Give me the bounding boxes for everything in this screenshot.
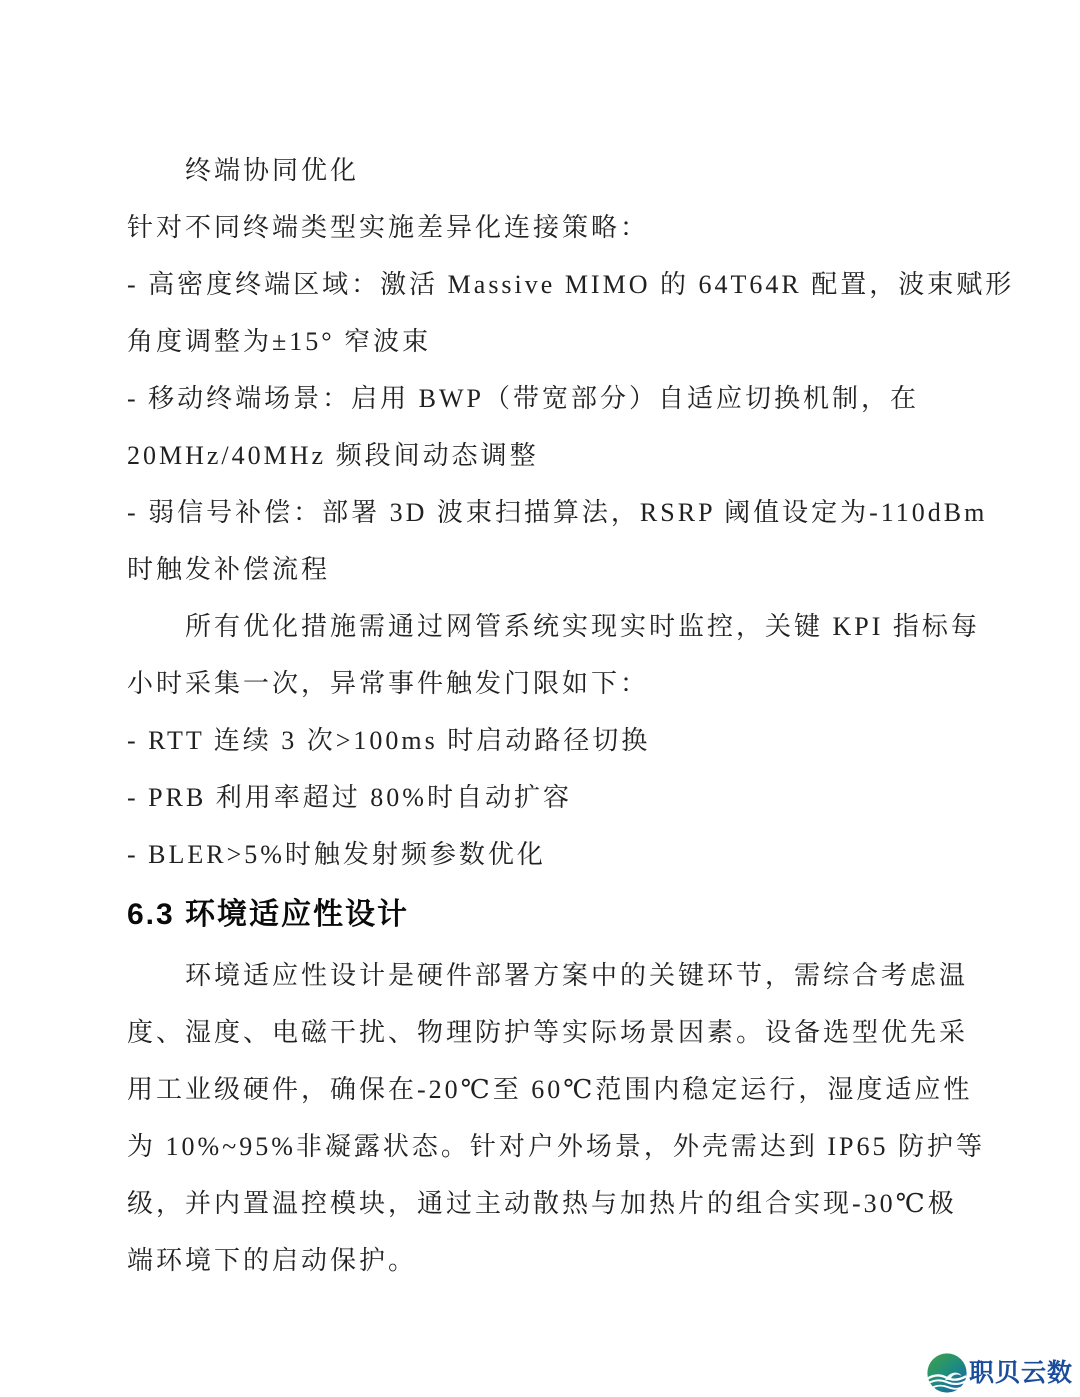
brand-logo: 职贝云数: [926, 1352, 1073, 1394]
wave-globe-icon: [926, 1352, 968, 1394]
paragraph-line: 针对不同终端类型实施差异化连接策略：: [127, 199, 967, 256]
document-page: 终端协同优化 针对不同终端类型实施差异化连接策略： - 高密度终端区域：激活 M…: [0, 0, 1080, 1397]
paragraph-line: 小时采集一次，异常事件触发门限如下：: [127, 655, 967, 712]
paragraph-line: 所有优化措施需通过网管系统实现实时监控，关键 KPI 指标每: [127, 598, 967, 655]
section-heading: 6.3 环境适应性设计: [127, 883, 967, 947]
paragraph-line: 终端协同优化: [127, 142, 967, 199]
bullet-line: - RTT 连续 3 次>100ms 时启动路径切换: [127, 712, 967, 769]
paragraph-line: 端环境下的启动保护。: [127, 1232, 967, 1289]
paragraph-line: 角度调整为±15° 窄波束: [127, 313, 967, 370]
bullet-line: - 弱信号补偿：部署 3D 波束扫描算法，RSRP 阈值设定为-110dBm: [127, 484, 967, 541]
bullet-line: - PRB 利用率超过 80%时自动扩容: [127, 769, 967, 826]
paragraph-line: 环境适应性设计是硬件部署方案中的关键环节，需综合考虑温: [127, 947, 967, 1004]
paragraph-line: 度、湿度、电磁干扰、物理防护等实际场景因素。设备选型优先采: [127, 1004, 967, 1061]
bullet-line: - 移动终端场景：启用 BWP（带宽部分）自适应切换机制，在: [127, 370, 967, 427]
paragraph-line: 20MHz/40MHz 频段间动态调整: [127, 427, 967, 484]
bullet-line: - BLER>5%时触发射频参数优化: [127, 826, 967, 883]
paragraph-line: 时触发补偿流程: [127, 541, 967, 598]
paragraph-line: 为 10%~95%非凝露状态。针对户外场景，外壳需达到 IP65 防护等: [127, 1118, 967, 1175]
paragraph-line: 级，并内置温控模块，通过主动散热与加热片的组合实现-30℃极: [127, 1175, 967, 1232]
brand-name: 职贝云数: [969, 1353, 1073, 1393]
document-body: 终端协同优化 针对不同终端类型实施差异化连接策略： - 高密度终端区域：激活 M…: [127, 142, 967, 1289]
bullet-line: - 高密度终端区域：激活 Massive MIMO 的 64T64R 配置，波束…: [127, 256, 967, 313]
paragraph-line: 用工业级硬件，确保在-20℃至 60℃范围内稳定运行，湿度适应性: [127, 1061, 967, 1118]
